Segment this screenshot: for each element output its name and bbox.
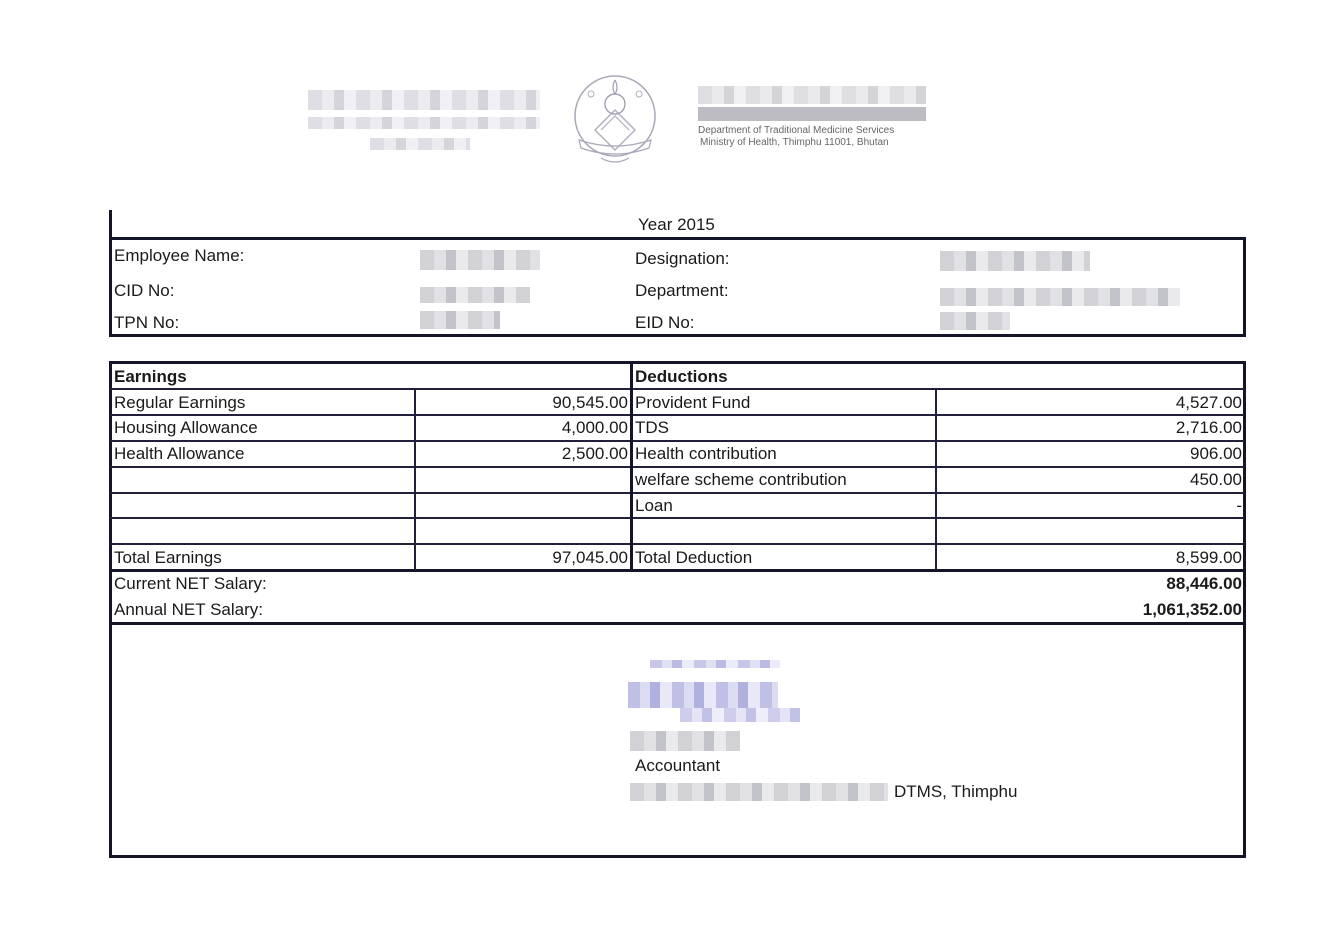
row-divider xyxy=(110,543,1244,545)
letterhead: Department of Traditional Medicine Servi… xyxy=(0,0,1340,190)
annual-net-salary-label: Annual NET Salary: xyxy=(114,600,263,620)
letterhead-left-line-1 xyxy=(308,90,540,110)
deductions-row-amount: - xyxy=(940,496,1242,516)
deductions-row-amount: 450.00 xyxy=(940,470,1242,490)
signatory-office-suffix: DTMS, Thimphu xyxy=(894,782,1017,802)
employee-name-label: Employee Name: xyxy=(114,246,244,266)
earnings-amount-column-divider xyxy=(414,389,416,570)
earnings-deductions-divider xyxy=(630,362,633,570)
totals-divider xyxy=(110,569,1244,572)
letterhead-right-title xyxy=(698,86,926,104)
signature-top-line xyxy=(650,660,780,668)
cid-label: CID No: xyxy=(114,281,174,301)
deductions-amount-column-divider xyxy=(935,389,937,570)
earnings-row-label: Health Allowance xyxy=(114,444,244,464)
annual-net-salary-value: 1,061,352.00 xyxy=(940,600,1242,620)
deductions-row-label: Provident Fund xyxy=(635,393,750,413)
row-divider xyxy=(110,414,1244,416)
current-net-salary-value: 88,446.00 xyxy=(940,574,1242,594)
signatory-office-prefix xyxy=(630,783,888,801)
tpn-value xyxy=(420,311,500,329)
deductions-row-label: Loan xyxy=(635,496,673,516)
row-divider xyxy=(110,517,1244,519)
letterhead-department: Department of Traditional Medicine Servi… xyxy=(698,125,894,137)
year-left-border xyxy=(109,210,112,238)
signature-mark xyxy=(628,682,778,708)
department-value xyxy=(940,288,1180,306)
current-net-salary-label: Current NET Salary: xyxy=(114,574,267,594)
deductions-row-amount: 2,716.00 xyxy=(940,418,1242,438)
earnings-row-amount: 90,545.00 xyxy=(420,393,628,413)
signature-tail xyxy=(680,708,800,722)
row-divider xyxy=(110,440,1244,442)
earnings-row-label: Regular Earnings xyxy=(114,393,245,413)
earnings-row-label: Housing Allowance xyxy=(114,418,258,438)
row-divider xyxy=(110,466,1244,468)
deductions-row-label: welfare scheme contribution xyxy=(635,470,847,490)
eid-label: EID No: xyxy=(635,313,695,333)
earnings-title: Earnings xyxy=(114,367,187,387)
letterhead-left-line-3 xyxy=(370,138,470,150)
deductions-row-label: Health contribution xyxy=(635,444,777,464)
earnings-total-label: Total Earnings xyxy=(114,548,222,568)
cid-value xyxy=(420,287,530,303)
deductions-row-amount: 906.00 xyxy=(940,444,1242,464)
department-label: Department: xyxy=(635,281,729,301)
row-divider xyxy=(110,388,1244,390)
employee-name-value xyxy=(420,250,540,270)
deductions-title: Deductions xyxy=(635,367,728,387)
letterhead-left-line-2 xyxy=(308,117,540,129)
earnings-total-amount: 97,045.00 xyxy=(420,548,628,568)
deductions-total-amount: 8,599.00 xyxy=(940,548,1242,568)
deductions-total-label: Total Deduction xyxy=(635,548,752,568)
deductions-row-label: TDS xyxy=(635,418,669,438)
designation-label: Designation: xyxy=(635,249,730,269)
row-divider xyxy=(110,492,1244,494)
signatory-role: Accountant xyxy=(635,756,720,776)
earnings-row-amount: 2,500.00 xyxy=(420,444,628,464)
letterhead-address: Ministry of Health, Thimphu 11001, Bhuta… xyxy=(700,137,889,149)
eid-value xyxy=(940,312,1010,330)
designation-value xyxy=(940,251,1090,271)
year-label: Year 2015 xyxy=(638,215,715,235)
letterhead-right-subtitle xyxy=(698,107,926,121)
earnings-row-amount: 4,000.00 xyxy=(420,418,628,438)
signatory-name xyxy=(630,731,740,751)
tpn-label: TPN No: xyxy=(114,313,179,333)
royal-emblem-icon xyxy=(565,70,665,170)
deductions-row-amount: 4,527.00 xyxy=(940,393,1242,413)
